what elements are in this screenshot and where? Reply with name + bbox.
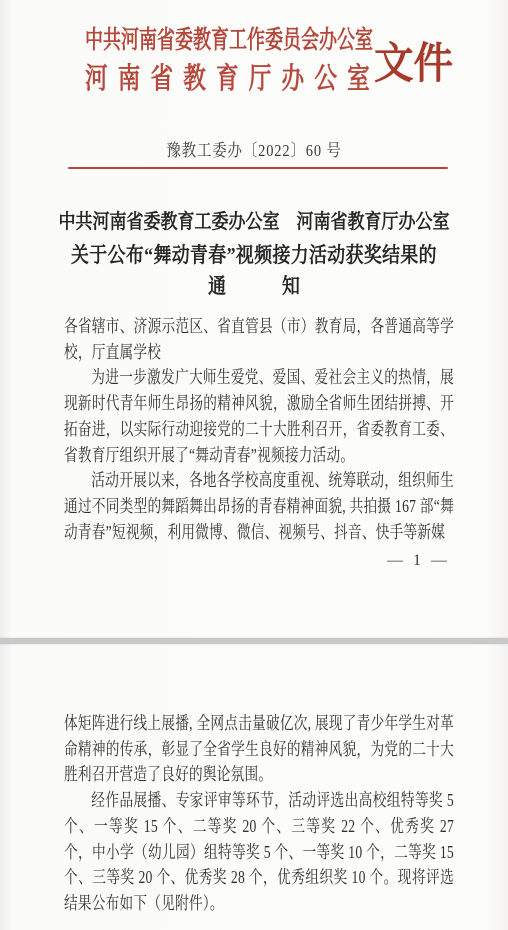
title-line2: 关于公布“舞动青春”视频接力活动获奖结果的	[38, 239, 470, 271]
title-line1: 中共河南省委教育工委办公室 河南省教育厅办公室	[38, 206, 470, 239]
paragraph-activity-progress: 活动开展以来，各地各学校高度重视、统筹联动，组织师生通过不同类型的舞蹈舞出昂扬的…	[64, 468, 454, 545]
official-notice-document: 中共河南省委教育工作委员会办公室 河南省教育厅办公室 文件 豫教工委办〔2022…	[0, 0, 508, 930]
page-break-divider	[0, 638, 508, 644]
recipients-line: 各省辖市、济源示范区、省直管县（市）教育局，各普通高等学校，厅直属学校	[64, 314, 454, 365]
page-number: — 1 —	[387, 552, 450, 570]
title-char-tong: 通	[208, 274, 226, 298]
title-char-zhi: 知	[282, 274, 300, 298]
red-divider-line	[68, 167, 448, 169]
paragraph-award-statistics: 经作品展播、专家评审等环节，活动评选出高校组特等奖 5 个、一等奖 15 个、二…	[64, 788, 454, 917]
paragraph-media-results: 体矩阵进行线上展播, 全网点击量破亿次, 展现了青少年学生对革命精神的传承，彰显…	[64, 711, 454, 788]
title-line3: 通知	[38, 271, 470, 301]
document-type-label: 文件	[374, 36, 453, 94]
document-number: 豫教工委办〔2022〕60 号	[38, 136, 470, 161]
paragraph-activity-background: 为进一步激发广大师生爱党、爱国、爱社会主义的热情，展现新时代青年师生昂扬的精神风…	[64, 365, 454, 468]
page2-body: 体矩阵进行线上展播, 全网点击量破亿次, 展现了青少年学生对革命精神的传承，彰显…	[64, 711, 454, 917]
issuing-org-line2: 河南省教育厅办公室	[85, 62, 397, 96]
page1-body: 各省辖市、济源示范区、省直管县（市）教育局，各普通高等学校，厅直属学校 为进一步…	[64, 314, 454, 545]
notice-title: 中共河南省委教育工委办公室 河南省教育厅办公室 关于公布“舞动青春”视频接力活动…	[0, 206, 508, 301]
issuing-org-line1: 中共河南省委教育工作委员会办公室	[85, 26, 373, 56]
